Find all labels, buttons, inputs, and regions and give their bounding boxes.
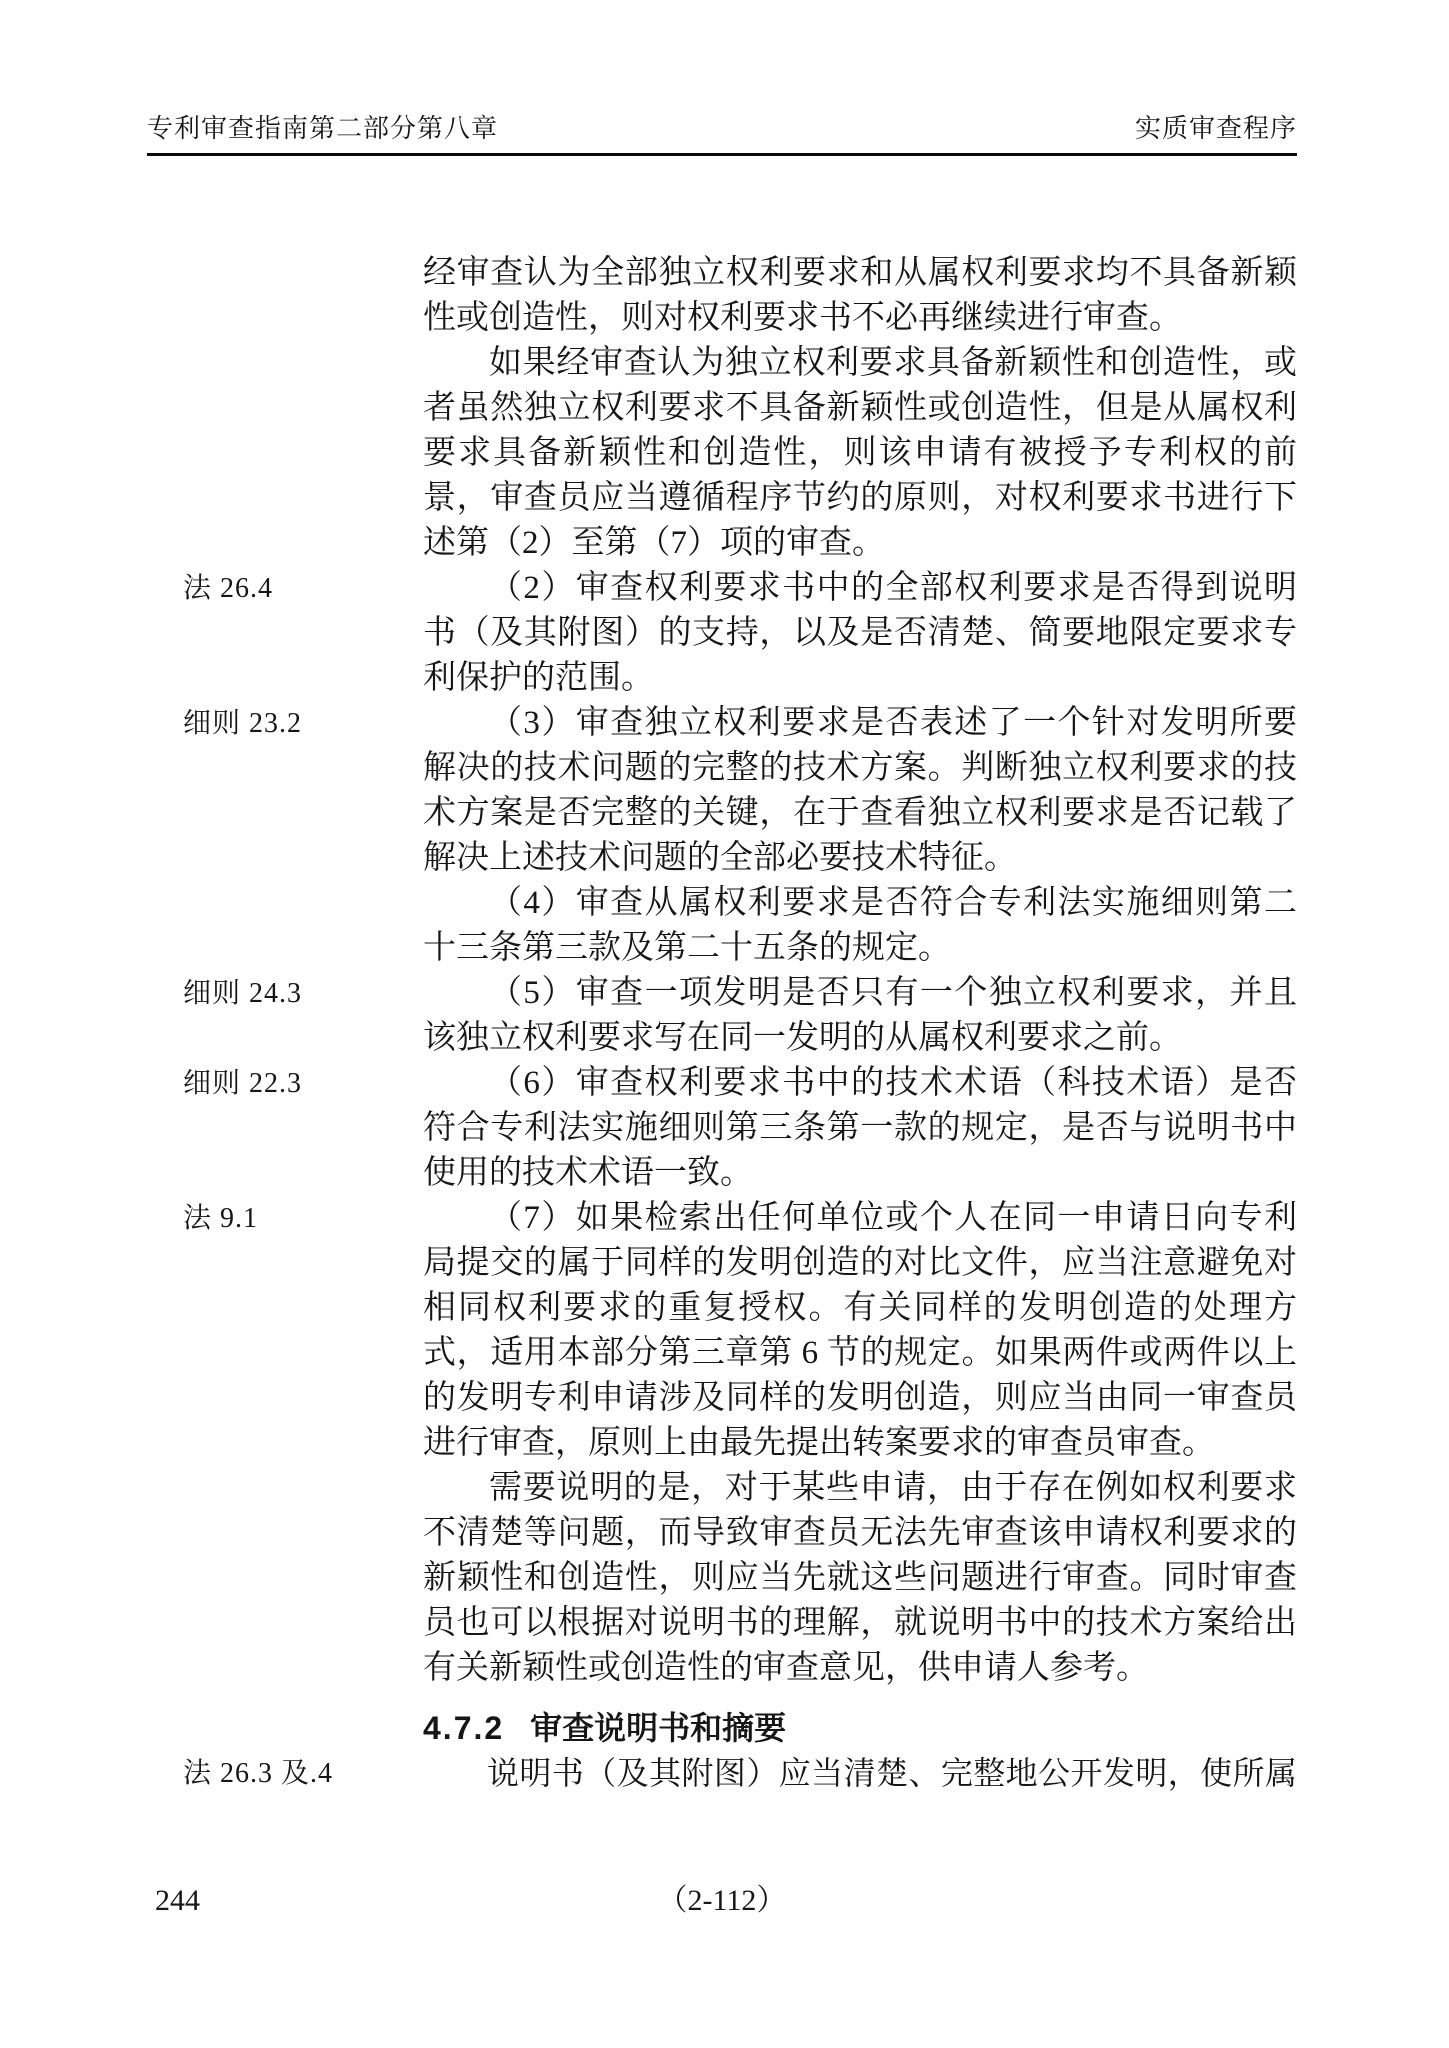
header-rule	[147, 153, 1297, 156]
text-block: 细则 22.3 （6）审查权利要求书中的技术术语（科技术语）是否符合专利法实施细…	[147, 1061, 1297, 1196]
text-column: （6）审查权利要求书中的技术术语（科技术语）是否符合专利法实施细则第三条第一款的…	[423, 1061, 1297, 1196]
text-column: （2）审查权利要求书中的全部权利要求是否得到说明书（及其附图）的支持，以及是否清…	[423, 566, 1297, 701]
text-block: 法 26.3 及.4 说明书（及其附图）应当清楚、完整地公开发明，使所属	[147, 1751, 1297, 1796]
body-paragraph: 经审查认为全部独立权利要求和从属权利要求均不具备新颖性或创造性，则对权利要求书不…	[423, 251, 1297, 341]
text-block: 经审查认为全部独立权利要求和从属权利要求均不具备新颖性或创造性，则对权利要求书不…	[147, 251, 1297, 566]
text-block: 细则 24.3 （5）审查一项发明是否只有一个独立权利要求，并且该独立权利要求写…	[147, 971, 1297, 1061]
section-heading-number: 4.7.2	[423, 1710, 504, 1746]
text-block: 法 26.4 （2）审查权利要求书中的全部权利要求是否得到说明书（及其附图）的支…	[147, 566, 1297, 701]
body-paragraph: （7）如果检索出任何单位或个人在同一申请日向专利局提交的属于同样的发明创造的对比…	[423, 1196, 1297, 1466]
margin-ref-label: 细则 22.3	[147, 1061, 423, 1106]
body-paragraph: 如果经审查认为独立权利要求具备新颖性和创造性，或者虽然独立权利要求不具备新颖性或…	[423, 341, 1297, 566]
body-paragraph: （6）审查权利要求书中的技术术语（科技术语）是否符合专利法实施细则第三条第一款的…	[423, 1061, 1297, 1196]
section-heading-title: 审查说明书和摘要	[530, 1710, 786, 1746]
text-column: 经审查认为全部独立权利要求和从属权利要求均不具备新颖性或创造性，则对权利要求书不…	[423, 251, 1297, 566]
text-column: （5）审查一项发明是否只有一个独立权利要求，并且该独立权利要求写在同一发明的从属…	[423, 971, 1297, 1061]
page-body: 经审查认为全部独立权利要求和从属权利要求均不具备新颖性或创造性，则对权利要求书不…	[147, 251, 1297, 1796]
document-page: 专利审查指南第二部分第八章 实质审查程序 经审查认为全部独立权利要求和从属权利要…	[0, 0, 1449, 2048]
text-column: （3）审查独立权利要求是否表述了一个针对发明所要解决的技术问题的完整的技术方案。…	[423, 701, 1297, 971]
text-block: 法 9.1 （7）如果检索出任何单位或个人在同一申请日向专利局提交的属于同样的发…	[147, 1196, 1297, 1691]
body-paragraph: （4）审查从属权利要求是否符合专利法实施细则第二十三条第三款及第二十五条的规定。	[423, 881, 1297, 971]
body-paragraph: （3）审查独立权利要求是否表述了一个针对发明所要解决的技术问题的完整的技术方案。…	[423, 701, 1297, 881]
body-paragraph: 说明书（及其附图）应当清楚、完整地公开发明，使所属	[423, 1751, 1297, 1796]
margin-ref-label: 细则 24.3	[147, 971, 423, 1016]
text-column: 说明书（及其附图）应当清楚、完整地公开发明，使所属	[423, 1751, 1297, 1796]
footer-center-number: （2-112）	[147, 1882, 1297, 1920]
body-paragraph: 需要说明的是，对于某些申请，由于存在例如权利要求不清楚等问题，而导致审查员无法先…	[423, 1466, 1297, 1691]
margin-ref-label: 细则 23.2	[147, 701, 423, 746]
running-header: 专利审查指南第二部分第八章 实质审查程序	[147, 112, 1297, 146]
text-block: 细则 23.2 （3）审查独立权利要求是否表述了一个针对发明所要解决的技术问题的…	[147, 701, 1297, 971]
text-column: （7）如果检索出任何单位或个人在同一申请日向专利局提交的属于同样的发明创造的对比…	[423, 1196, 1297, 1691]
margin-ref-label: 法 26.4	[147, 566, 423, 611]
section-heading: 4.7.2审查说明书和摘要	[423, 1705, 1297, 1751]
margin-ref-label: 法 9.1	[147, 1196, 423, 1241]
body-paragraph: （2）审查权利要求书中的全部权利要求是否得到说明书（及其附图）的支持，以及是否清…	[423, 566, 1297, 701]
page-footer: 244 （2-112）	[147, 1882, 1297, 1920]
margin-ref-label: 法 26.3 及.4	[147, 1751, 423, 1796]
body-paragraph: （5）审查一项发明是否只有一个独立权利要求，并且该独立权利要求写在同一发明的从属…	[423, 971, 1297, 1061]
header-right-title: 实质审查程序	[1135, 112, 1297, 146]
header-left-title: 专利审查指南第二部分第八章	[147, 112, 498, 146]
page-number: 244	[155, 1882, 200, 1920]
